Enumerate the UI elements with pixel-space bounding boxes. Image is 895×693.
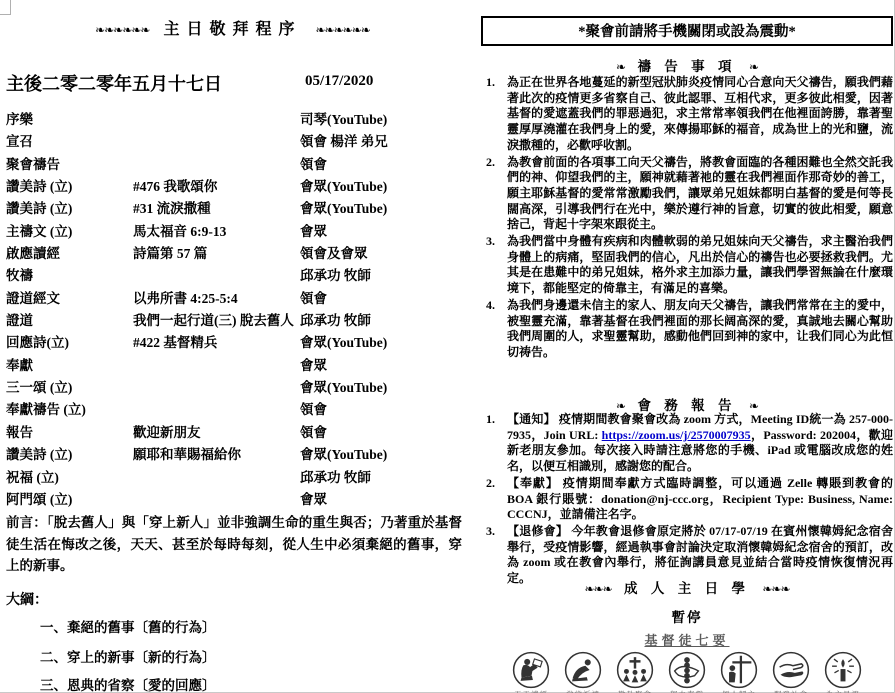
date-chinese: 主後二零二零年五月十七日 (6, 70, 222, 96)
program-item: 證道 (6, 310, 133, 332)
program-item: 主禱文 (立) (6, 221, 133, 243)
program-who: 領會 (300, 288, 462, 310)
program-who: 領會及會眾 (300, 243, 462, 265)
ornament-left: ❧❧❧❧❧❧ (95, 23, 149, 37)
program-detail: #476 我歌頌你 (133, 176, 300, 198)
program-detail: #422 基督精兵 (133, 332, 300, 354)
program-item: 宣召 (6, 131, 133, 153)
program-detail (133, 154, 300, 176)
witness-candle-icon (824, 651, 862, 689)
program-who: 領會 (300, 154, 462, 176)
program-detail (133, 355, 300, 377)
program-who: 會眾 (300, 221, 462, 243)
program-detail: 我們一起行道(三) 脫去舊人 (133, 310, 300, 332)
program-item: 讚美詩 (立) (6, 198, 133, 220)
announcements-list: 1. 【通知】 疫情期間教會聚會改為 zoom 方式，Meeting ID統一為… (481, 412, 893, 588)
seven-caption: 努力奉獻 (670, 689, 704, 693)
program-detail (133, 377, 300, 399)
page-title: 主日敬拜程序 (163, 21, 301, 38)
item-number: 1. (481, 412, 507, 475)
seven-caption: 領人歸主 (722, 689, 756, 693)
item-text: 【通知】 疫情期間教會聚會改為 zoom 方式，Meeting ID統一為 25… (507, 412, 893, 475)
seven-caption: 為主見證 (826, 689, 860, 693)
program-who: 會眾(YouTube) (300, 377, 462, 399)
item-number: 4. (481, 298, 507, 361)
item-text: 為正在世界各地蔓延的新型冠狀肺炎疫情同心合意向天父禱告，願我們藉著此次的疫情更多… (507, 75, 893, 154)
outline-item-2: 二、穿上的新事〔新的行為〕 (40, 646, 216, 666)
program-detail (133, 489, 300, 511)
program-detail (133, 399, 300, 421)
ornament-right: ❧❧❧ (762, 582, 789, 596)
item-text: 為我們當中身體有疾病和肉體軟弱的弟兄姐妹向天父禱告，求主醫治我們身體上的病痛，堅… (507, 234, 893, 297)
program-item: 序樂 (6, 109, 133, 131)
program-item: 讚美詩 (立) (6, 444, 133, 466)
seven-cell: 常常祈禱 (561, 651, 606, 693)
program-who: 邱承功 牧師 (300, 310, 462, 332)
seven-cell: 服務社會 (769, 651, 814, 693)
seven-cell: 領人歸主 (717, 651, 762, 693)
prayer-section-title: ❧ 禱 告 事 項 ❧ (481, 55, 893, 75)
program-who: 會眾(YouTube) (300, 198, 462, 220)
prayer-items-list: 1. 為正在世界各地蔓延的新型冠狀肺炎疫情同心合意向天父禱告，願我們藉著此次的疫… (481, 75, 893, 362)
program-who: 會眾(YouTube) (300, 332, 462, 354)
prayer-item: 4. 為我們身邊還未信主的家人、朋友向天父禱告，讓我們常常在主的愛中，被聖靈充滿… (481, 298, 893, 361)
program-detail: 詩篇第 57 篇 (133, 243, 300, 265)
program-detail: 歡迎新朋友 (133, 422, 300, 444)
program-who: 邱承功 牧師 (300, 467, 462, 489)
worship-program-header: ❧❧❧❧❧❧ 主日敬拜程序 ❧❧❧❧❧❧ (0, 16, 465, 39)
zoom-meeting-link[interactable]: https://zoom.us/j/2570007935 (602, 428, 751, 442)
prayer-item: 3. 為我們當中身體有疾病和肉體軟弱的弟兄姐妹向天父禱告，求主醫治我們身體上的病… (481, 234, 893, 297)
program-detail: 願耶和華賜福給你 (133, 444, 300, 466)
program-detail (133, 265, 300, 287)
program-item: 啟應讀經 (6, 243, 133, 265)
outline-item-3: 三、恩典的省察〔愛的回應〕 (40, 674, 216, 693)
sunday-school-title: ❧❧❧ 成 人 主 日 學 ❧❧❧ (481, 577, 893, 597)
announcements-section-title: ❧ 會 務 報 告 ❧ (481, 394, 893, 414)
program-detail: 馬太福音 6:9-13 (133, 221, 300, 243)
congregation-cross-icon (616, 651, 654, 689)
seven-caption: 常常祈禱 (566, 689, 600, 693)
program-item: 聚會禱告 (6, 154, 133, 176)
seven-cell: 努力奉獻 (665, 651, 710, 693)
item-text: 為我們身邊還未信主的家人、朋友向天父禱告，讓我們常常在主的愛中，被聖靈充滿，靠著… (507, 298, 893, 361)
program-who: 會眾(YouTube) (300, 444, 462, 466)
ornament-right: ❧❧❧❧❧❧ (316, 23, 370, 37)
bible-reading-icon (512, 651, 550, 689)
ornament-right: ❧ (749, 60, 758, 74)
program-item: 阿門頌 (立) (6, 489, 133, 511)
program-item: 祝福 (立) (6, 467, 133, 489)
page-corner-artifact (0, 0, 11, 15)
seven-cell: 勤赴聚會 (613, 651, 658, 693)
item-number: 3. (481, 234, 507, 297)
program-item: 報告 (6, 422, 133, 444)
ornament-left: ❧ (616, 60, 625, 74)
seven-cell: 天天讀經 (509, 651, 554, 693)
program-item: 回應詩(立) (6, 332, 133, 354)
program-who: 邱承功 牧師 (300, 265, 462, 287)
program-detail (133, 109, 300, 131)
prayer-item: 1. 為正在世界各地蔓延的新型冠狀肺炎疫情同心合意向天父禱告，願我們藉著此次的疫… (481, 75, 893, 154)
prayer-icon (564, 651, 602, 689)
item-number: 2. (481, 155, 507, 234)
program-who: 領會 (300, 399, 462, 421)
seven-caption: 天天讀經 (514, 689, 548, 693)
program-detail (133, 467, 300, 489)
ornament-left: ❧❧❧ (584, 582, 611, 596)
outline-item-1: 一、棄絕的舊事〔舊的行為〕 (40, 616, 216, 636)
program-who: 司琴(YouTube) (300, 109, 462, 131)
program-item: 讚美詩 (立) (6, 176, 133, 198)
seven-caption: 服務社會 (774, 689, 808, 693)
program-who: 領會 楊洋 弟兄 (300, 131, 462, 153)
ornament-right: ❧ (749, 399, 758, 413)
outline-title: 大綱： (6, 589, 48, 609)
prayer-item: 2. 為教會前面的各項事工向天父禱告，將教會面臨的各種困難也全然交託我們的神、仰… (481, 155, 893, 234)
program-item: 三一頌 (立) (6, 377, 133, 399)
program-item: 牧禱 (6, 265, 133, 287)
item-text: 為教會前面的各項事工向天父禱告，將教會面臨的各種困難也全然交託我們的神、仰望我們… (507, 155, 893, 234)
lead-to-christ-icon (720, 651, 758, 689)
program-item: 奉獻禱告 (立) (6, 399, 133, 421)
date-english: 05/17/2020 (305, 73, 373, 90)
program-detail: 以弗所書 4:25-5:4 (133, 288, 300, 310)
announcement-item-notice: 1. 【通知】 疫情期間教會聚會改為 zoom 方式，Meeting ID統一為… (481, 412, 893, 475)
offering-fish-coins-icon (668, 651, 706, 689)
program-who: 會眾 (300, 355, 462, 377)
seven-caption: 勤赴聚會 (618, 689, 652, 693)
christian-seven-essentials: 基督徒七要 天天讀經 (481, 630, 893, 693)
program-item: 奉獻 (6, 355, 133, 377)
worship-program-table: 序樂司琴(YouTube) 宣召領會 楊洋 弟兄 聚會禱告領會 讚美詩 (立)#… (6, 109, 462, 511)
sunday-school-status: 暫停 (481, 606, 893, 626)
sermon-preface: 前言：「脫去舊人」與「穿上新人」並非強調生命的重生與否；乃著重於基督徒生活在悔改… (6, 512, 462, 577)
seven-cell: 為主見證 (821, 651, 866, 693)
program-who: 領會 (300, 422, 462, 444)
program-detail (133, 131, 300, 153)
program-who: 會眾 (300, 489, 462, 511)
program-item: 證道經文 (6, 288, 133, 310)
program-detail: #31 流淚撒種 (133, 198, 300, 220)
item-text: 【奉獻】 疫情期間奉獻方式臨時調整，可以通過 Zelle 轉賬到教會的 BOA … (507, 476, 893, 523)
item-number: 1. (481, 75, 507, 154)
announcement-item-offering: 2. 【奉獻】 疫情期間奉獻方式臨時調整，可以通過 Zelle 轉賬到教會的 B… (481, 476, 893, 523)
program-who: 會眾(YouTube) (300, 176, 462, 198)
seven-essentials-title: 基督徒七要 (481, 630, 893, 649)
serving-hands-icon (772, 651, 810, 689)
ornament-left: ❧ (616, 399, 625, 413)
phone-silence-notice: *聚會前請將手機關閉或設為震動* (481, 16, 893, 46)
seven-icons-row: 天天讀經 常常祈禱 (481, 651, 893, 693)
item-number: 2. (481, 476, 507, 523)
bulletin-page: ❧❧❧❧❧❧ 主日敬拜程序 ❧❧❧❧❧❧ 主後二零二零年五月十七日 05/17/… (0, 0, 895, 693)
